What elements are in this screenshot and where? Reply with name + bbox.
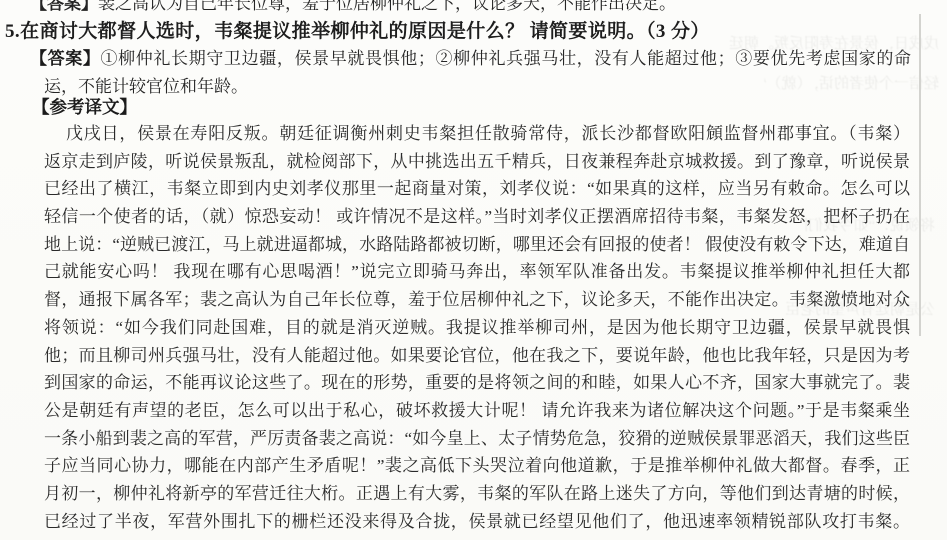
previous-answer-text: 裴之高认为自己年长位尊，羞于位居柳仲礼之下，议论多天，不能作出决定。 — [98, 0, 676, 13]
reference-translation-label: 【参考译文】 — [32, 95, 137, 120]
translation-line: 戊戌日，侯景在寿阳反叛。朝廷征调衡州刺史韦粲担任散骑常侍，派长沙都督欧阳頠监督州… — [0, 120, 947, 148]
scanned-document-page: 戊戌日，侯景在寿阳反叛。朝廷征调衡州刺史韦粲担任散骑常侍，派长沙都督欧阳頠监督州… — [0, 0, 947, 540]
translation-body: 戊戌日，侯景在寿阳反叛。朝廷征调衡州刺史韦粲担任散骑常侍，派长沙都督欧阳頠监督州… — [0, 120, 947, 535]
translation-line: 已经过了半夜，军营外围扎下的栅栏还没来得及合拢，侯景就已经望见他们了，他迅速率领… — [0, 508, 947, 536]
answer-line-1: 【答案】①柳仲礼长期守卫边疆，侯景早就畏惧他；②柳仲礼兵强马壮，没有人能超过他；… — [0, 45, 947, 73]
translation-line: 公是朝廷有声望的老臣，怎么可以出于私心，破坏救援大计呢！ 请允许我来为诸位解决这… — [0, 397, 947, 425]
question-answer-block: 【答案】裴之高认为自己年长位尊，羞于位居柳仲礼之下，议论多天，不能作出决定。 5… — [0, 0, 947, 100]
translation-line: 返京走到庐陵，听说侯景叛乱，就检阅部下，从中挑选出五千精兵，日夜兼程奔赴京城救援… — [0, 148, 947, 176]
translation-line: 一条小船到裴之高的军营，严厉责备裴之高说：“如今皇上、太子情势危急，狡猾的逆贼侯… — [0, 425, 947, 453]
translation-line: 子应当同心协力，哪能在内部产生矛盾呢！”裴之高低下头哭泣着向他道歉，于是推举柳仲… — [0, 452, 947, 480]
question-text: 在商讨大都督人选时，韦粲提议推举柳仲礼的原因是什么？ 请简要说明。（3 分） — [20, 21, 710, 42]
translation-line: 督，通报下属各军；裴之高认为自己年长位尊，羞于位居柳仲礼之下，议论多天，不能作出… — [0, 286, 947, 314]
answer-label: 【答案】 — [30, 0, 98, 13]
answer-label: 【答案】 — [30, 49, 101, 68]
answer-text-line-1: ①柳仲礼长期守卫边疆，侯景早就畏惧他；②柳仲礼兵强马壮，没有人能超过他；③要优先… — [101, 49, 911, 68]
translation-line: 他；而且柳司州兵强马壮，没有人能超过他。如果要论官位，他在我之下，要说年龄，他也… — [0, 342, 947, 370]
translation-line: 到国家的命运，不能再议论这些了。现在的形势，重要的是将领之间的和睦，如果人心不齐… — [0, 369, 947, 397]
translation-line: 月初一，柳仲礼将新亭的军营迁往大桁。正遇上有大雾，韦粲的军队在路上迷失了方向，等… — [0, 480, 947, 508]
question-line: 5.在商讨大都督人选时，韦粲提议推举柳仲礼的原因是什么？ 请简要说明。（3 分） — [0, 18, 947, 46]
previous-answer-partial-line: 【答案】裴之高认为自己年长位尊，羞于位居柳仲礼之下，议论多天，不能作出决定。 — [0, 0, 947, 18]
translation-line: 地上说：“逆贼已渡江，马上就进逼都城，水路陆路都被切断，哪里还会有回报的使者！ … — [0, 231, 947, 259]
translation-line: 己就能安心吗！ 我现在哪有心思喝酒！”说完立即骑马奔出，率领军队准备出发。韦粲提… — [0, 258, 947, 286]
answer-line-2: 运，不能计较官位和年龄。 — [0, 73, 947, 101]
question-number: 5. — [5, 21, 20, 42]
translation-line: 轻信一个使者的话，（就）惊恐妄动！ 或许情况不是这样。”当时刘孝仪正摆酒席招待韦… — [0, 203, 947, 231]
translation-line: 已经出了横江，韦粲立即到内史刘孝仪那里一起商量对策，刘孝仪说：“如果真的这样，应… — [0, 175, 947, 203]
translation-line: 将领说：“如今我们同赴国难，目的就是消灭逆贼。我提议推举柳司州，是因为他长期守卫… — [0, 314, 947, 342]
